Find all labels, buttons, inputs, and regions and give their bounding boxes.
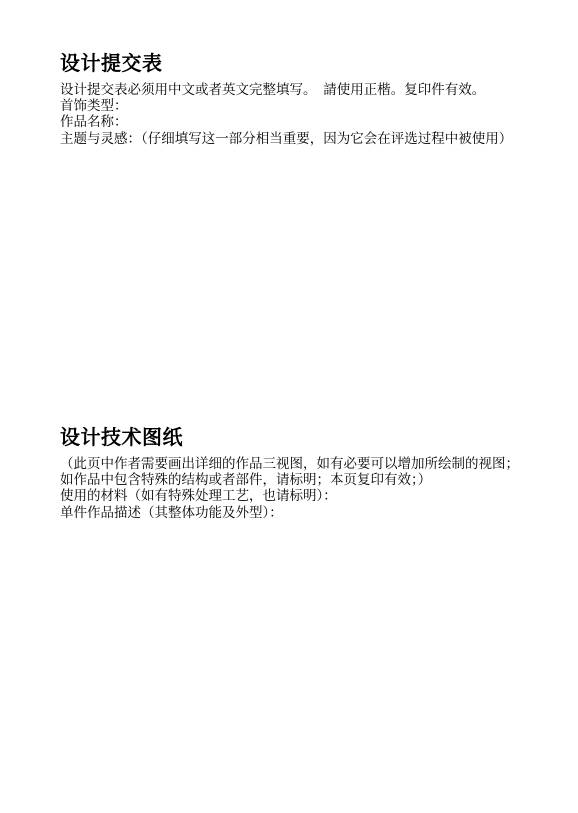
technical-drawing-title: 设计技术图纸 — [60, 426, 540, 450]
theme-inspiration-field-label: 主题与灵感：（仔细填写这一部分相当重要，因为它会在评选过程中被使用） — [60, 131, 540, 147]
work-name-field-label: 作品名称： — [60, 114, 540, 130]
jewelry-type-field-label: 首饰类型： — [60, 98, 540, 114]
submission-instructions-line: 设计提交表必须用中文或者英文完整填写。 請使用正楷。复印件有效。 — [60, 82, 540, 98]
submission-form-title: 设计提交表 — [60, 52, 540, 76]
section-technical-drawing: 设计技术图纸 （此页中作者需要画出详细的作品三视图，如有必要可以增加所绘制的视图… — [60, 426, 540, 521]
drawing-instructions-line-1: （此页中作者需要画出详细的作品三视图，如有必要可以增加所绘制的视图； — [60, 456, 540, 472]
single-work-description-field-label: 单件作品描述（其整体功能及外型）： — [60, 505, 540, 521]
section-submission-form: 设计提交表 设计提交表必须用中文或者英文完整填写。 請使用正楷。复印件有效。 首… — [60, 52, 540, 147]
document-page: 设计提交表 设计提交表必须用中文或者英文完整填写。 請使用正楷。复印件有效。 首… — [0, 0, 578, 813]
drawing-instructions-line-2: 如作品中包含特殊的结构或者部件，请标明；本页复印有效；） — [60, 472, 540, 488]
materials-field-label: 使用的材料（如有特殊处理工艺，也请标明）： — [60, 488, 540, 504]
